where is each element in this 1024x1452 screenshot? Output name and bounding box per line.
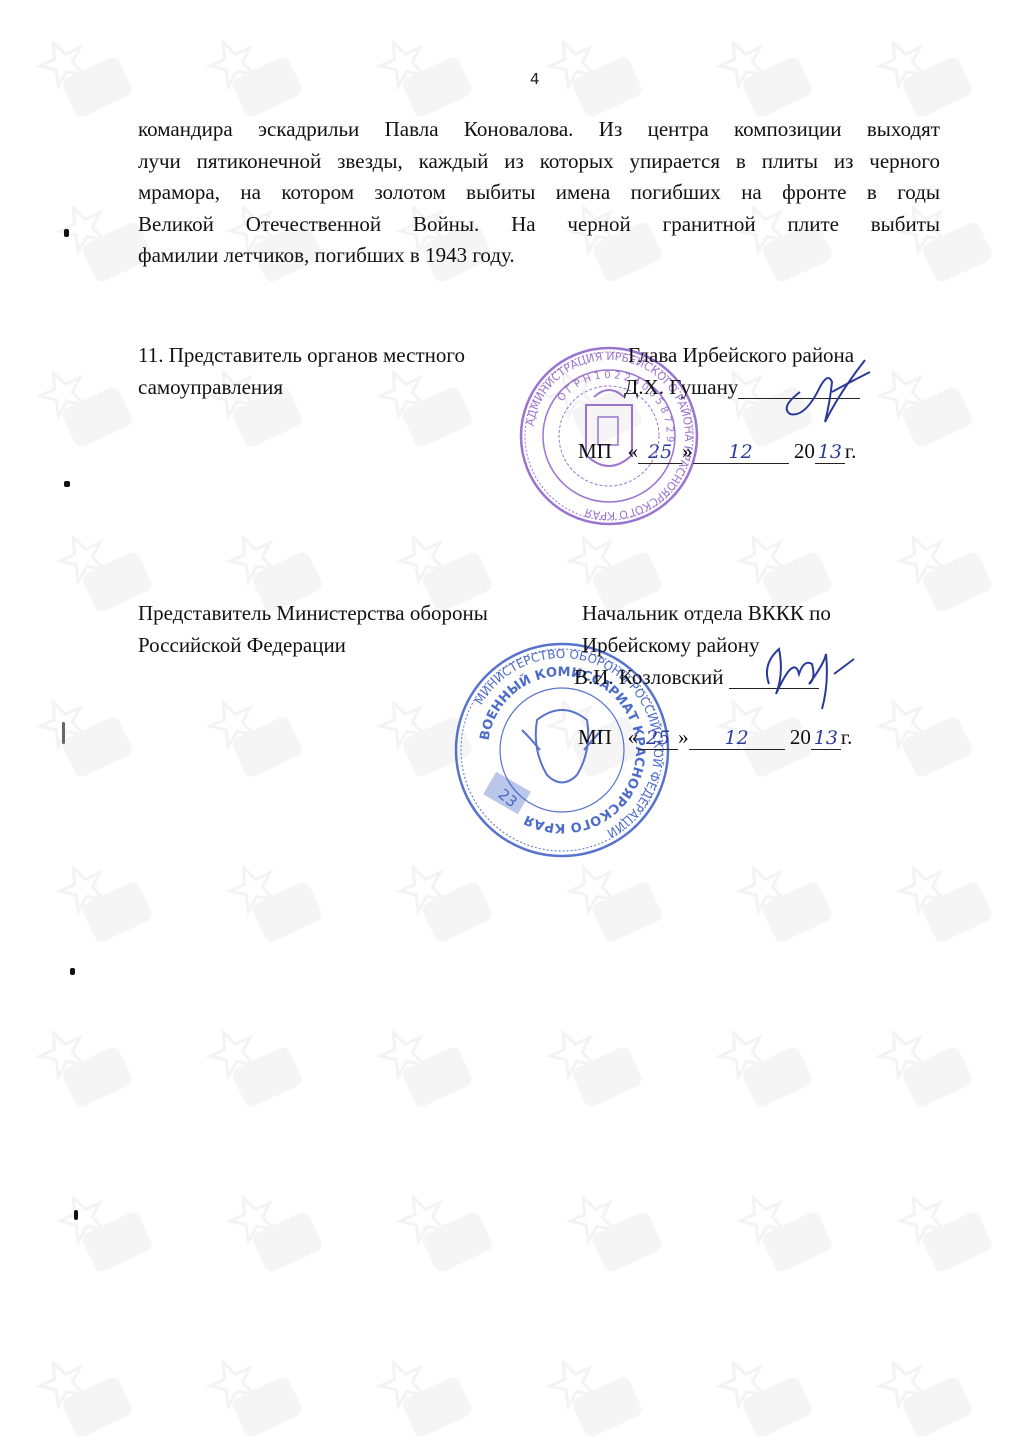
watermark-star-icon	[865, 675, 985, 795]
paragraph-line: фамилии летчиков, погибших в 1943 году.	[138, 240, 940, 272]
watermark-star-icon	[195, 675, 315, 795]
paragraph-line: лучи пятиконечной звезды, каждый из кото…	[138, 146, 940, 178]
watermark-star-icon	[195, 1335, 315, 1452]
scan-mark	[74, 1210, 78, 1220]
watermark-star-icon	[885, 1170, 1005, 1290]
left-label: Представитель Министерства обороны	[138, 598, 488, 629]
signatory-name: В.И. Козловский	[574, 665, 723, 689]
signature-icon	[754, 634, 864, 714]
watermark-star-icon	[25, 1005, 145, 1125]
mp-label: МП	[578, 725, 612, 749]
watermark-star-icon	[45, 1170, 165, 1290]
date-month: 12	[693, 441, 789, 464]
date-month: 12	[689, 727, 785, 750]
year-unit: г.	[845, 439, 857, 463]
watermark-star-icon	[45, 840, 165, 960]
date-day: 25	[638, 727, 678, 750]
paragraph-line: Великой Отечественной Войны. На черной г…	[138, 209, 940, 241]
watermark-star-icon	[705, 1005, 825, 1125]
watermark-star-icon	[365, 1335, 485, 1452]
watermark-star-icon	[385, 1170, 505, 1290]
watermark-star-icon	[725, 1170, 845, 1290]
year-prefix: 20	[794, 439, 815, 463]
signature-icon	[770, 352, 880, 432]
watermark-star-icon	[215, 1170, 335, 1290]
watermark-star-icon	[535, 1005, 655, 1125]
watermark-star-icon	[365, 1005, 485, 1125]
watermark-star-icon	[215, 840, 335, 960]
watermark-star-icon	[885, 510, 1005, 630]
scan-mark	[64, 481, 70, 487]
watermark-star-icon	[25, 15, 145, 135]
scan-mark	[62, 722, 65, 744]
paragraph-line: мрамора, на котором золотом выбиты имена…	[138, 177, 940, 209]
scan-mark	[64, 229, 69, 237]
watermark-star-icon	[25, 345, 145, 465]
left-label: самоуправления	[138, 372, 283, 403]
watermark-star-icon	[25, 1335, 145, 1452]
date-line: МП «25»12 2013г.	[578, 436, 856, 467]
mp-label: МП	[578, 439, 612, 463]
signatory-name: Д.Х. Гушану	[624, 375, 738, 399]
watermark-star-icon	[865, 1335, 985, 1452]
date-year: 13	[815, 441, 845, 464]
watermark-star-icon	[865, 1005, 985, 1125]
scan-mark	[70, 968, 75, 975]
watermark-star-icon	[725, 840, 845, 960]
date-year: 13	[811, 727, 841, 750]
date-line: МП «25»12 2013г.	[578, 722, 852, 753]
watermark-star-icon	[555, 1170, 675, 1290]
watermark-star-icon	[705, 1335, 825, 1452]
watermark-star-icon	[865, 345, 985, 465]
left-label: Российской Федерации	[138, 630, 346, 661]
watermark-star-icon	[25, 675, 145, 795]
watermark-star-icon	[195, 1005, 315, 1125]
date-day: 25	[638, 441, 682, 464]
year-unit: г.	[841, 725, 853, 749]
page-number: 4	[530, 70, 540, 88]
paragraph-line: командира эскадрильи Павла Коновалова. И…	[138, 114, 940, 146]
left-label: 11. Представитель органов местного	[138, 340, 465, 371]
watermark-star-icon	[885, 840, 1005, 960]
position-title: Начальник отдела ВККК по	[582, 598, 831, 629]
watermark-star-icon	[535, 1335, 655, 1452]
body-paragraph: командира эскадрильи Павла Коновалова. И…	[138, 114, 940, 272]
position-title: Ирбейскому району	[582, 630, 760, 661]
year-prefix: 20	[790, 725, 811, 749]
